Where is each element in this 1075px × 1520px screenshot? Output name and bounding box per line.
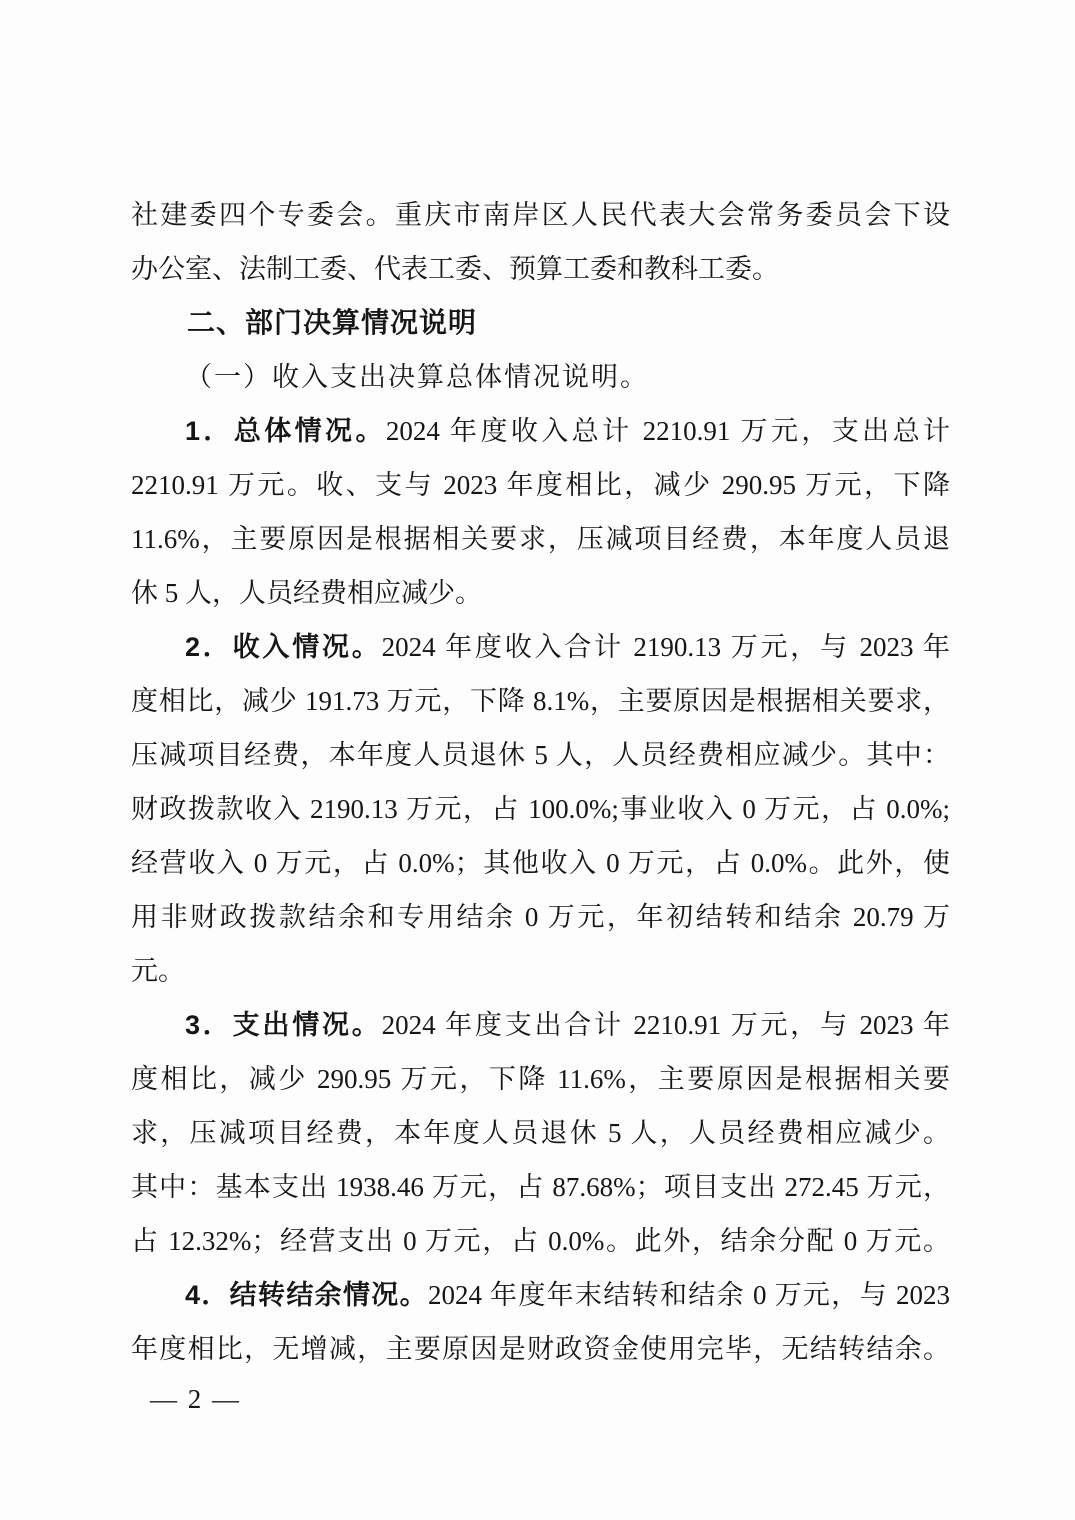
text-line: 3．支出情况。2024 年度支出合计 2210.91 万元，与 2023 年 (131, 998, 950, 1052)
text-line: 经营收入 0 万元，占 0.0%；其他收入 0 万元，占 0.0%。此外，使 (131, 836, 950, 890)
line-text: 占 12.32%；经营支出 0 万元，占 0.0%。此外，结余分配 0 万元。 (131, 1226, 950, 1256)
text-line: 年度相比，无增减，主要原因是财政资金使用完毕，无结转结余。 (131, 1322, 950, 1376)
line-text: 求，压减项目经费，本年度人员退休 5 人，人员经费相应减少。 (131, 1118, 950, 1148)
subsection-heading: （一）收入支出决算总体情况说明。 (131, 350, 950, 404)
text-line: 财政拨款收入 2190.13 万元，占 100.0%;事业收入 0 万元，占 0… (131, 782, 950, 836)
text-line: 2210.91 万元。收、支与 2023 年度相比，减少 290.95 万元，下… (131, 458, 950, 512)
text-line: 社建委四个专委会。重庆市南岸区人民代表大会常务委员会下设 (131, 188, 950, 242)
item-heading-prefix: 1．总体情况。 (185, 416, 386, 446)
text-line: 度相比，减少 191.73 万元，下降 8.1%，主要原因是根据相关要求， (131, 674, 950, 728)
document-page: 社建委四个专委会。重庆市南岸区人民代表大会常务委员会下设 办公室、法制工委、代表… (0, 0, 1075, 1520)
text-line: 占 12.32%；经营支出 0 万元，占 0.0%。此外，结余分配 0 万元。 (131, 1214, 950, 1268)
text-line: 4．结转结余情况。2024 年度年末结转和结余 0 万元，与 2023 (131, 1268, 950, 1322)
line-text: 用非财政拨款结余和专用结余 0 万元，年初结转和结余 20.79 万 (131, 902, 950, 932)
line-text: 2210.91 万元。收、支与 2023 年度相比，减少 290.95 万元，下… (131, 470, 950, 500)
document-body: 社建委四个专委会。重庆市南岸区人民代表大会常务委员会下设 办公室、法制工委、代表… (131, 188, 950, 1376)
line-text: 年度相比，无增减，主要原因是财政资金使用完毕，无结转结余。 (131, 1334, 950, 1364)
page-number: — 2 — (150, 1384, 241, 1414)
line-text: 休 5 人，人员经费相应减少。 (131, 578, 482, 608)
line-text: 2024 年度收入总计 2210.91 万元，支出总计 (386, 416, 950, 446)
item-heading-prefix: 3．支出情况。 (185, 1010, 382, 1040)
section-heading: 二、部门决算情况说明 (131, 296, 950, 350)
line-text: 度相比，减少 191.73 万元，下降 8.1%，主要原因是根据相关要求， (131, 686, 950, 716)
item-heading-prefix: 2．收入情况。 (185, 632, 382, 662)
text-line: 度相比，减少 290.95 万元，下降 11.6%，主要原因是根据相关要 (131, 1052, 950, 1106)
text-line: 用非财政拨款结余和专用结余 0 万元，年初结转和结余 20.79 万 (131, 890, 950, 944)
text-line: 压减项目经费，本年度人员退休 5 人，人员经费相应减少。其中： (131, 728, 950, 782)
text-line: 求，压减项目经费，本年度人员退休 5 人，人员经费相应减少。 (131, 1106, 950, 1160)
line-text: 2024 年度收入合计 2190.13 万元，与 2023 年 (382, 632, 950, 662)
line-text: 压减项目经费，本年度人员退休 5 人，人员经费相应减少。其中： (131, 740, 950, 770)
line-text: 11.6%，主要原因是根据相关要求，压减项目经费，本年度人员退 (131, 524, 950, 554)
text-line: 元。 (131, 944, 950, 998)
item-heading-prefix: 4．结转结余情况。 (185, 1280, 428, 1310)
text-line: 办公室、法制工委、代表工委、预算工委和教科工委。 (131, 242, 950, 296)
line-text: 2024 年度支出合计 2210.91 万元，与 2023 年 (382, 1010, 950, 1040)
text-line: 1．总体情况。2024 年度收入总计 2210.91 万元，支出总计 (131, 404, 950, 458)
line-text: 经营收入 0 万元，占 0.0%；其他收入 0 万元，占 0.0%。此外，使 (131, 848, 950, 878)
line-text: 度相比，减少 290.95 万元，下降 11.6%，主要原因是根据相关要 (131, 1064, 950, 1094)
subsection-heading-text: （一）收入支出决算总体情况说明。 (185, 362, 649, 392)
line-text: 元。 (131, 956, 185, 986)
line-text: 办公室、法制工委、代表工委、预算工委和教科工委。 (131, 254, 779, 284)
text-line: 休 5 人，人员经费相应减少。 (131, 566, 950, 620)
line-text: 社建委四个专委会。重庆市南岸区人民代表大会常务委员会下设 (131, 200, 950, 230)
section-heading-text: 二、部门决算情况说明 (187, 307, 477, 338)
text-line: 其中：基本支出 1938.46 万元，占 87.68%；项目支出 272.45 … (131, 1160, 950, 1214)
line-text: 其中：基本支出 1938.46 万元，占 87.68%；项目支出 272.45 … (131, 1172, 950, 1202)
text-line: 2．收入情况。2024 年度收入合计 2190.13 万元，与 2023 年 (131, 620, 950, 674)
text-line: 11.6%，主要原因是根据相关要求，压减项目经费，本年度人员退 (131, 512, 950, 566)
line-text: 财政拨款收入 2190.13 万元，占 100.0%;事业收入 0 万元，占 0… (131, 794, 950, 824)
line-text: 2024 年度年末结转和结余 0 万元，与 2023 (428, 1280, 950, 1310)
